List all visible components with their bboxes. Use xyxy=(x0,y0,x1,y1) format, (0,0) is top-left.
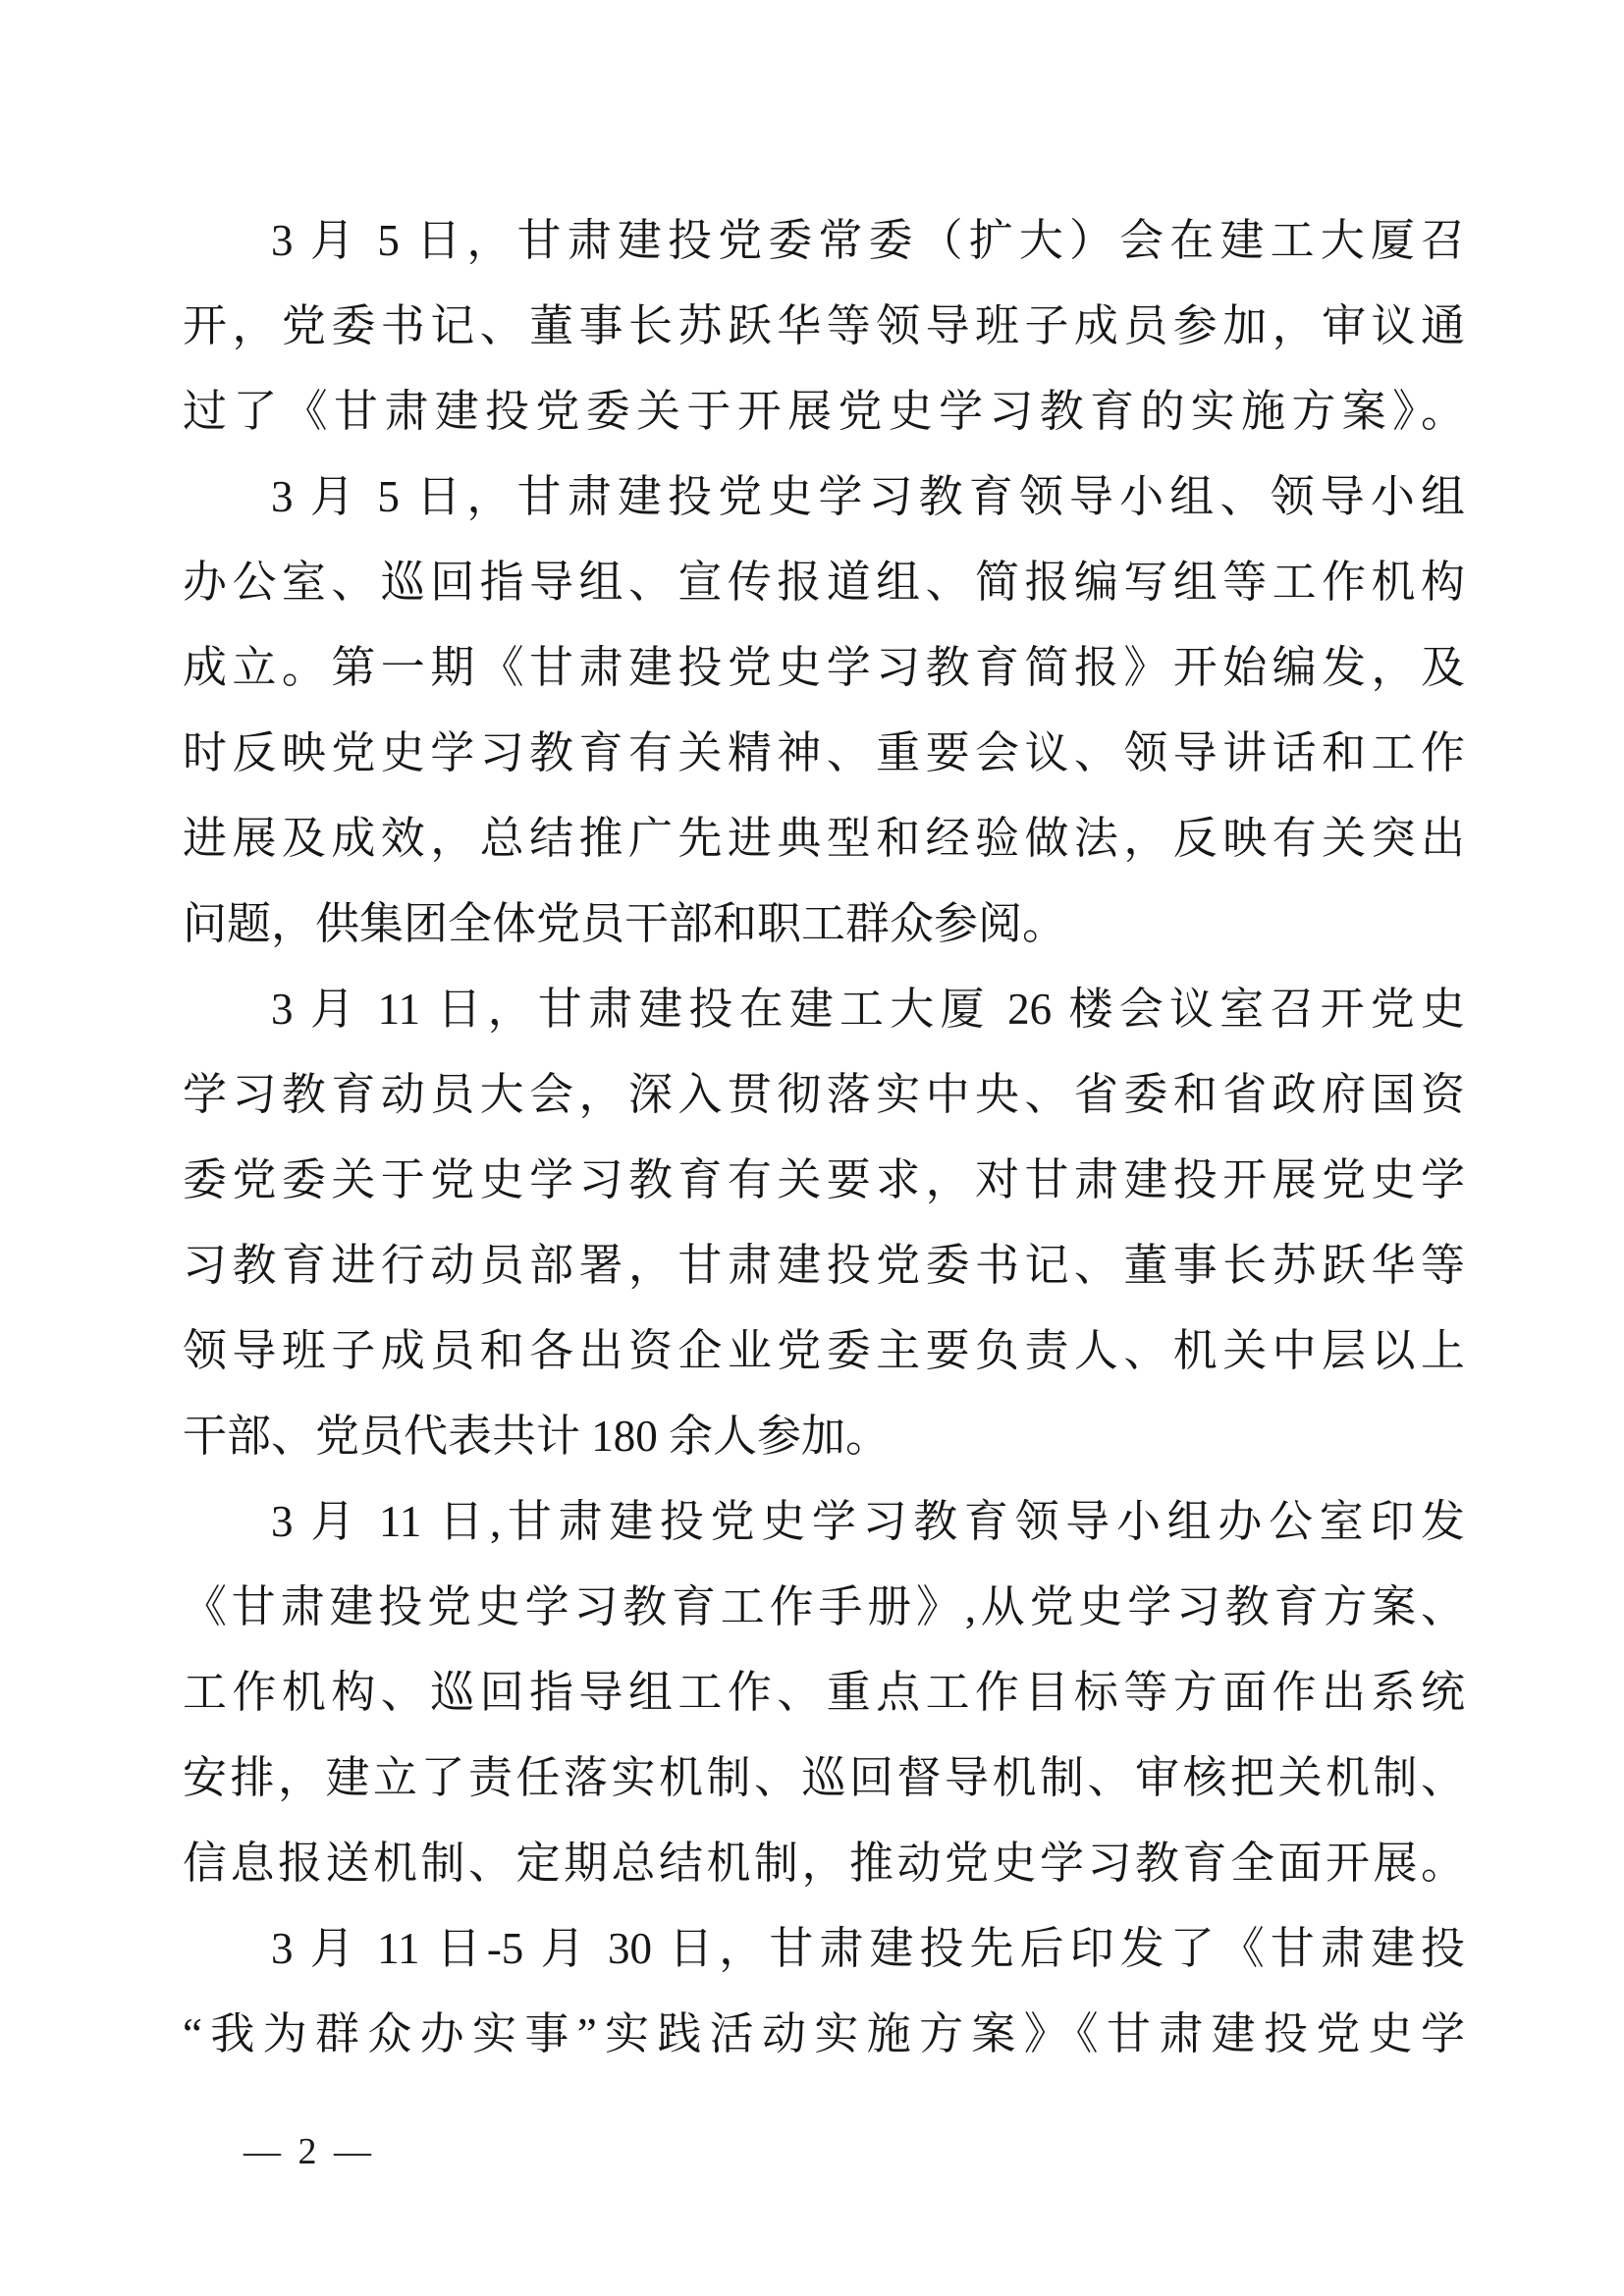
text-line: 《甘肃建投党史学习教育工作手册》,从党史学习教育方案、 xyxy=(183,1565,1465,1650)
paragraph-4: 3 月 11 日,甘肃建投党史学习教育领导小组办公室印发 《甘肃建投党史学习教育… xyxy=(183,1479,1465,1906)
page-number: — 2 — xyxy=(244,2132,375,2171)
text-line: 安排，建立了责任落实机制、巡回督导机制、审核把关机制、 xyxy=(183,1735,1465,1821)
text-line: 领导班子成员和各出资企业党委主要负责人、机关中层以上 xyxy=(183,1308,1465,1394)
document-body: 3 月 5 日，甘肃建投党委常委（扩大）会在建工大厦召 开，党委书记、董事长苏跃… xyxy=(183,198,1465,2077)
text-line: 3 月 5 日，甘肃建投党史学习教育领导小组、领导小组 xyxy=(183,454,1465,540)
text-line: 时反映党史学习教育有关精神、重要会议、领导讲话和工作 xyxy=(183,711,1465,796)
text-line: 办公室、巡回指导组、宣传报道组、简报编写组等工作机构 xyxy=(183,540,1465,625)
paragraph-5: 3 月 11 日-5 月 30 日，甘肃建投先后印发了《甘肃建投 “我为群众办实… xyxy=(183,1906,1465,2077)
text-line: 学习教育动员大会，深入贯彻落实中央、省委和省政府国资 xyxy=(183,1052,1465,1138)
text-line: 习教育进行动员部署，甘肃建投党委书记、董事长苏跃华等 xyxy=(183,1223,1465,1308)
text-line: 工作机构、巡回指导组工作、重点工作目标等方面作出系统 xyxy=(183,1650,1465,1735)
text-line: 信息报送机制、定期总结机制，推动党史学习教育全面开展。 xyxy=(183,1821,1465,1906)
paragraph-1: 3 月 5 日，甘肃建投党委常委（扩大）会在建工大厦召 开，党委书记、董事长苏跃… xyxy=(183,198,1465,454)
text-line: 成立。第一期《甘肃建投党史学习教育简报》开始编发，及 xyxy=(183,625,1465,711)
document-page: 3 月 5 日，甘肃建投党委常委（扩大）会在建工大厦召 开，党委书记、董事长苏跃… xyxy=(0,0,1624,2296)
text-line: 过了《甘肃建投党委关于开展党史学习教育的实施方案》。 xyxy=(183,369,1465,454)
text-line: 进展及成效，总结推广先进典型和经验做法，反映有关突出 xyxy=(183,796,1465,881)
text-line: 问题，供集团全体党员干部和职工群众参阅。 xyxy=(183,881,1465,967)
text-line: 3 月 5 日，甘肃建投党委常委（扩大）会在建工大厦召 xyxy=(183,198,1465,284)
paragraph-3: 3 月 11 日，甘肃建投在建工大厦 26 楼会议室召开党史 学习教育动员大会，… xyxy=(183,967,1465,1479)
text-line: 3 月 11 日-5 月 30 日，甘肃建投先后印发了《甘肃建投 xyxy=(183,1906,1465,1992)
paragraph-2: 3 月 5 日，甘肃建投党史学习教育领导小组、领导小组 办公室、巡回指导组、宣传… xyxy=(183,454,1465,967)
text-line: 干部、党员代表共计 180 余人参加。 xyxy=(183,1394,1465,1479)
text-line: 3 月 11 日,甘肃建投党史学习教育领导小组办公室印发 xyxy=(183,1479,1465,1565)
text-line: 委党委关于党史学习教育有关要求，对甘肃建投开展党史学 xyxy=(183,1138,1465,1223)
text-line: 开，党委书记、董事长苏跃华等领导班子成员参加，审议通 xyxy=(183,284,1465,369)
text-line: “我为群众办实事”实践活动实施方案》《甘肃建投党史学 xyxy=(183,1992,1465,2077)
text-line: 3 月 11 日，甘肃建投在建工大厦 26 楼会议室召开党史 xyxy=(183,967,1465,1052)
